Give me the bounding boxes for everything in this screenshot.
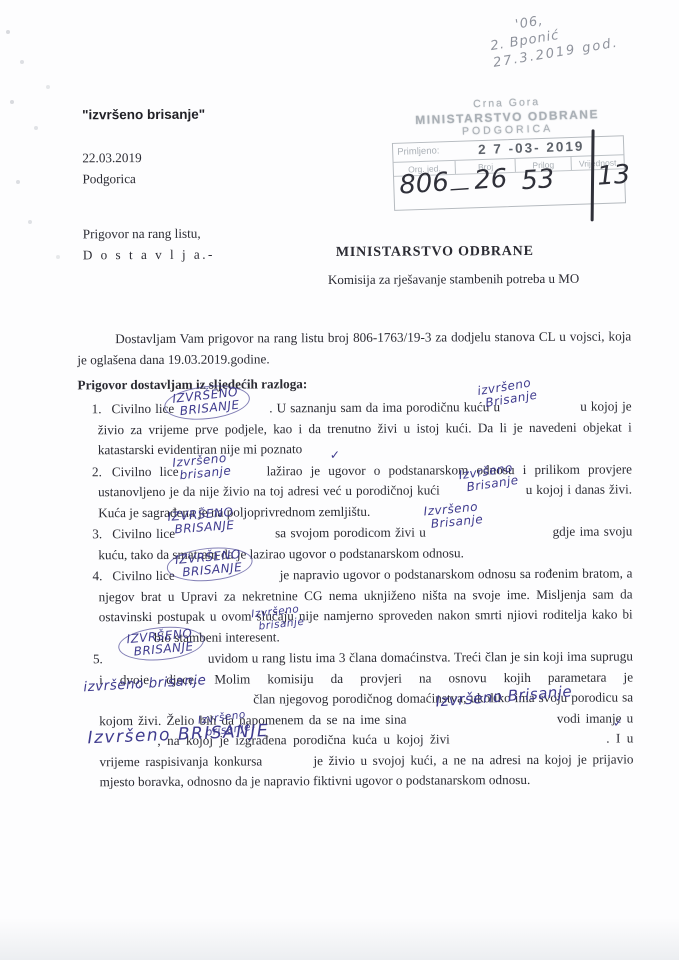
- redacted-gap: [456, 742, 606, 744]
- handwritten-pencil-note: '06, 2. Bponić 27.3.2019 god.: [486, 1, 619, 72]
- stamp-value-org-jed: 806: [398, 167, 450, 200]
- handwritten-redaction-note: IZVRŠENOBRISANJE: [167, 506, 235, 537]
- stamp-value-vrijednost: 13: [596, 160, 631, 192]
- list-item: 5.uvidom u rang listu ima 3 člana domaći…: [79, 646, 634, 792]
- scanned-document-page: '06, 2. Bponić 27.3.2019 god. Crna Gora …: [0, 0, 679, 960]
- stamp-received-date: 2 7 -03- 2019: [439, 136, 623, 158]
- subject-line: Prigovor na rang listu,: [83, 224, 215, 245]
- redacted-gap: [175, 536, 275, 538]
- list-item: 2.Civilno licelažirao je ugovor o podsta…: [78, 459, 632, 523]
- redacted-gap: [504, 410, 576, 411]
- list-item-number: 3.: [92, 526, 102, 541]
- list-item-number: 5.: [93, 651, 103, 666]
- recipient-title: MINISTARSTVO ODBRANE: [336, 242, 534, 264]
- list-item: 3.Civilno licesa svojom porodicom živi u…: [78, 521, 632, 565]
- redacted-gap: [99, 702, 249, 704]
- subject-block: Prigovor na rang listu, D o s t a v l j …: [83, 224, 215, 266]
- list-item-number: 1.: [92, 401, 102, 416]
- list-item-text: Civilno lice: [112, 526, 175, 541]
- redaction-note: "izvršeno brisanje": [82, 105, 205, 126]
- document-content: '06, 2. Bponić 27.3.2019 god. Crna Gora …: [0, 0, 679, 960]
- handwritten-redaction-note: IzvršenoBrisanje: [423, 500, 484, 531]
- list-item-number: 4.: [92, 568, 102, 583]
- stamp-value-prilog: 53: [520, 164, 555, 196]
- list-item-text: . U saznanju sam da ima porodičnu kuću u: [269, 399, 500, 415]
- list-item-text: Civilno lice: [112, 568, 174, 583]
- recipient-subtitle: Komisija za rješavanje stambenih potreba…: [328, 269, 579, 291]
- date-place-block: 22.03.2019 Podgorica: [82, 148, 142, 189]
- stamp-value-dash: —: [449, 175, 471, 200]
- ministry-receipt-stamp: Crna Gora MINISTARSTVO ODBRANE PODGORICA…: [391, 93, 627, 211]
- redacted-gap: [268, 764, 308, 765]
- redacted-gap: [444, 493, 522, 494]
- list-item-text: Civilno lice: [112, 463, 179, 478]
- pen-stroke: [591, 129, 594, 221]
- list-item: 1.Civilno lice. U saznanju sam da ima po…: [78, 396, 632, 460]
- letter-city: Podgorica: [82, 169, 141, 190]
- check-mark: ✓: [613, 717, 622, 730]
- handwritten-redaction-note: Izvršenobrisanje: [172, 452, 232, 483]
- redacted-gap: [430, 535, 548, 537]
- delivery-line: D o s t a v l j a.-: [83, 244, 215, 265]
- stamp-table: Primljeno: 2 7 -03- 2019 Org. jed. Broj …: [392, 135, 626, 211]
- stamp-value-broj: 26: [473, 164, 508, 196]
- letter-date: 22.03.2019: [82, 148, 141, 169]
- intro-paragraph: Dostavljam Vam prigovor na rang listu br…: [77, 326, 631, 370]
- redacted-gap: [412, 721, 552, 723]
- stamp-received-label: Primljeno:: [393, 142, 440, 158]
- list-item-number: 2.: [92, 464, 102, 479]
- check-mark: ✓: [330, 448, 340, 462]
- list-item-text: sa svojom porodicom živi u: [275, 525, 426, 541]
